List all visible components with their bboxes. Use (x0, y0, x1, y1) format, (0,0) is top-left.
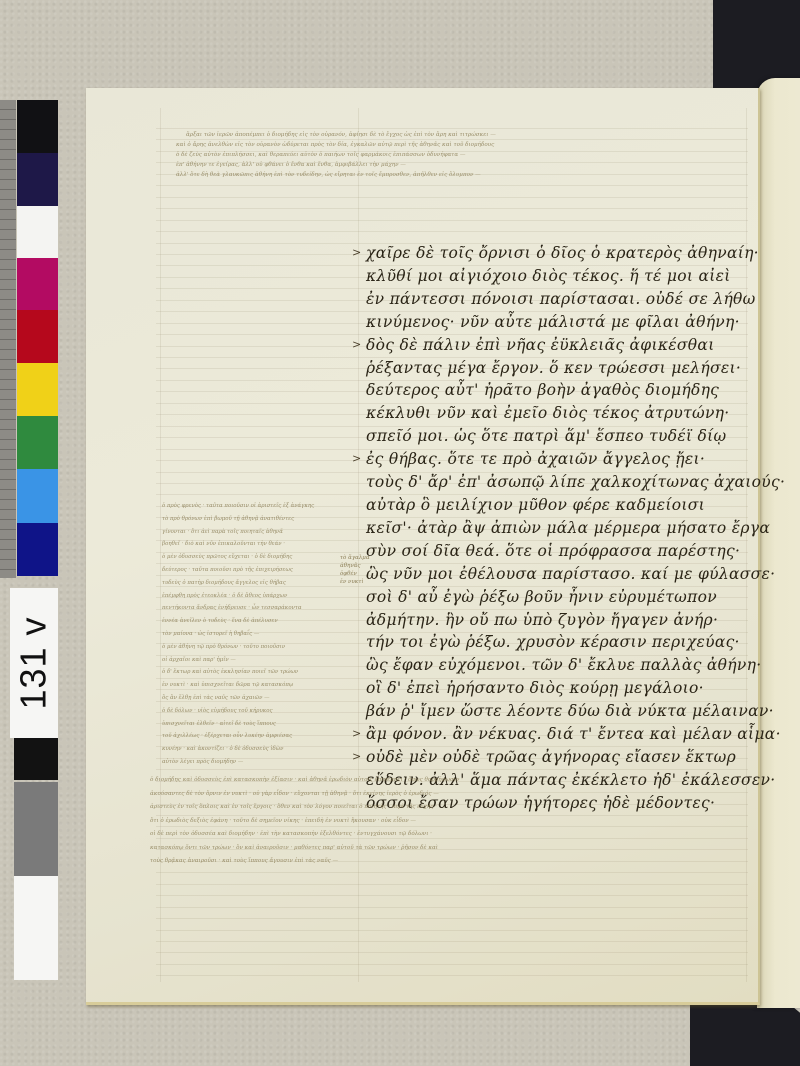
folio-number-text: 131 v (13, 616, 55, 709)
top-scholia: ἄρξαι τῶν ἱερῶν ἀποπέμπει ὁ διομήδης εἰς… (176, 130, 751, 180)
scholia-line: τοὺς θρᾷκας ἀναιροῦσι · καὶ τοὺς ἵππους … (150, 855, 750, 869)
text-line: κινύμενος· νῦν αὖτε μάλιστά με φῖλαι ἀθή… (366, 311, 761, 334)
scholia-line: τὸν μαίονα · ὡς ἱστορεῖ ἡ θηβαΐς — (162, 628, 334, 641)
text-line: κλῦθί μοι αἰγιόχοιο διὸς τέκος. ἥ τέ μοι… (366, 265, 761, 288)
scholia-line: βοηθεῖ · διὸ καὶ νῦν ἐπικαλοῦνται τὴν θε… (162, 538, 334, 551)
text-line: ἀδμήτην. ἣν οὔ πω ὑπὸ ζυγὸν ἤγαγεν ἀνήρ· (366, 609, 761, 632)
diple-marker: > (352, 746, 362, 769)
ruling-line (156, 197, 748, 198)
scholia-line: οἱ ἀρχαῖοι καὶ παρ' ἡμῖν — (162, 654, 334, 667)
ruler-scale (0, 100, 16, 578)
text-line: >ἐς θήβας. ὅτε τε πρὸ ἀχαιῶν ἄγγελος ᾔει… (366, 448, 761, 471)
ruling-line (156, 941, 748, 942)
scholia-line: δεύτερος · ταῦτα ποιοῦσι πρὸ τῆς ἐπιχειρ… (162, 564, 334, 577)
text-line: σοὶ δ' αὖ ἐγὼ ῥέξω βοῦν ἦνιν εὐρυμέτωπον (366, 586, 761, 609)
scholia-line: αὐτὸν λέγει πρὸς διομήδην — (162, 756, 334, 769)
text-line: βάν ῥ' ἴμεν ὥστε λέοντε δύω διὰ νύκτα μέ… (366, 700, 761, 723)
scholia-line: ἐπ' ἀθήνην τε ἐγείρας, ἀλλ' οὐ φθάνει ὁ … (176, 160, 751, 170)
diple-marker: > (352, 334, 362, 357)
scholia-line: γίνονται · ὅτι ἀεὶ παρὰ τοῖς ποιηταῖς ἀθ… (162, 526, 334, 539)
scholia-line: τυδεὺς ὁ πατὴρ διομήδους ἄγγελος εἰς θήβ… (162, 577, 334, 590)
swatch-gray (14, 782, 58, 876)
swatch-red (17, 310, 58, 363)
scholia-line: τὸ πρὸ θρόνων ἐπὶ βωμοῦ τῇ ἀθηνᾷ ἀνατιθέ… (162, 513, 334, 526)
scholia-line: καὶ ὁ ἄρης ἀνελθὼν εἰς τὸν οὐρανὸν ὠδύρε… (176, 140, 751, 150)
ruling-line (156, 128, 748, 129)
swatch-white-2 (14, 876, 58, 980)
text-line: ῥέξαντας μέγα ἔργον. ὅ κεν τρώεσσι μελήσ… (366, 357, 761, 380)
scholia-line: κυνέην · καὶ ἀκοντίζει · ὁ δὲ ὀδυσσεὺς ἰ… (162, 743, 334, 756)
text-line: δεύτερος αὖτ' ἠρᾶτο βοὴν ἀγαθὸς διομήδης (366, 379, 761, 402)
text-line: τοὺς δ' ἄρ' ἐπ' ἀσωπῷ λίπε χαλκοχίτωνας … (366, 471, 761, 494)
swatch-green (17, 416, 58, 469)
swatch-white (17, 206, 58, 258)
scholia-line: ἄρξαι τῶν ἱερῶν ἀποπέμπει ὁ διομήδης εἰς… (176, 130, 751, 140)
text-line: τήν τοι ἐγὼ ῥέξω. χρυσὸν κέρασιν περιχεύ… (366, 631, 761, 654)
manuscript-folio: ἄρξαι τῶν ἱερῶν ἀποπέμπει ὁ διομήδης εἰς… (86, 88, 760, 1005)
folio-number-label: 131 v (10, 588, 58, 738)
scholia-line: τοῦ ἀχιλλέως · ἐξέρχεται οὖν λυκέην ἀμφι… (162, 730, 334, 743)
text-line: >δὸς δὲ πάλιν ἐπὶ νῆας ἐϋκλειᾶς ἀφικέσθα… (366, 334, 761, 357)
text-line: >χαῖρε δὲ τοῖς ὄρνισι ὁ δῖος ὁ κρατερὸς … (366, 242, 761, 265)
text-line: ἐν πάντεσσι πόνοισι παρίστασαι. οὐδέ σε … (366, 288, 761, 311)
left-scholia: ὁ πρὸς φρενὸς · ταῦτα ποιοῦσιν οἱ ἀριστε… (162, 500, 334, 769)
ruling-line (156, 220, 748, 221)
ruling-line (156, 952, 748, 953)
ruling-line (156, 918, 748, 919)
text-line: ὣς νῦν μοι ἐθέλουσα παρίστασο. καί με φύ… (366, 563, 761, 586)
scholia-line: ὁ δ' ἕκτωρ καὶ αὐτὸς ἐκκλησίαν ποιεῖ τῶν… (162, 666, 334, 679)
diple-marker: > (352, 242, 362, 265)
ruling-line (156, 208, 748, 209)
scholia-line: ὃς ἂν ἔλθῃ ἐπὶ τὰς ναῦς τῶν ἀχαιῶν — (162, 692, 334, 705)
ruling-line (156, 930, 748, 931)
main-text-block: >χαῖρε δὲ τοῖς ὄρνισι ὁ δῖος ὁ κρατερὸς … (366, 242, 761, 815)
ruling-line (156, 884, 748, 885)
scholia-line: ἀριστεὺς ἐν τοῖς ὅπλοις καὶ ἐν τοῖς ἔργο… (150, 801, 750, 815)
ruling-line (156, 975, 748, 976)
ruling-line (156, 231, 748, 232)
scholia-line: κατασκόπῳ ὄντι τῶν τρώων · ὃν καὶ ἀναιρο… (150, 842, 750, 856)
scholia-line: ὅτι ὁ ἐρωδιὸς δεξιὸς ἐφάνη · τοῦτο δὲ ση… (150, 815, 750, 829)
swatch-yellow (17, 363, 58, 416)
swatch-blue (17, 523, 58, 576)
color-calibration-strip: 131 v (0, 100, 60, 980)
scholia-line: ὁ διομήδης καὶ ὀδυσσεὺς ἐπὶ κατασκοπὴν ἐ… (150, 774, 750, 788)
swatch-dark-violet (17, 153, 58, 206)
text-line: κεῖσ'· ἀτὰρ ἂψ ἀπιὼν μάλα μέρμερα μήσατο… (366, 517, 761, 540)
interlinear-side-note: τὸ ἄγαλμα ἀθηνᾶς ὀφθέν ἐν νυκτὶ (340, 554, 370, 586)
scholia-line: ἐννέα ἀνεῖλεν ὁ τυδεὺς · ἕνα δὲ ἀπέλυσεν (162, 615, 334, 628)
scholia-line: ὑπισχνεῖται ἐλθεῖν · αἰτεῖ δὲ τοὺς ἵππου… (162, 718, 334, 731)
ruling-line (156, 185, 748, 186)
diple-marker: > (352, 448, 362, 471)
ruling-line (156, 872, 748, 873)
text-line: >ἂμ φόνον. ἂν νέκυας. διά τ' ἔντεα καὶ μ… (366, 723, 761, 746)
swatch-black-2 (14, 738, 58, 780)
scholia-line: ἀλλ' ὅτε δὴ θεὰ γλαυκῶπις ἀθήνη ἐπὶ τὸν … (176, 170, 751, 180)
swatch-cyan-blue (17, 469, 58, 523)
ruling-line (156, 907, 748, 908)
text-line: οἳ δ' ἐπεὶ ἠρήσαντο διὸς κούρῃ μεγάλοιο· (366, 677, 761, 700)
scholia-line: ὁ μὲν ἀθήνη τῷ πρὸ θρόνων · τοῦτο ποιοῦσ… (162, 641, 334, 654)
adjacent-leaf (757, 78, 800, 1008)
text-line: σὺν σοί δῖα θεά. ὅτε οἱ πρόφρασσα παρέστ… (366, 540, 761, 563)
scholia-line: ὁ δὲ δόλων · υἱὸς εὐμήδους τοῦ κήρυκος (162, 705, 334, 718)
scholia-line: ἐπέμφθη πρὸς ἐτεοκλέα · ὁ δὲ ἄθεος ὑπάρχ… (162, 590, 334, 603)
swatch-black (17, 100, 58, 153)
ruling-line (156, 895, 748, 896)
bottom-scholia: ὁ διομήδης καὶ ὀδυσσεὺς ἐπὶ κατασκοπὴν ἐ… (150, 774, 750, 869)
text-line: σπεῖό μοι. ὡς ὅτε πατρὶ ἅμ' ἕσπεο τυδέϊ … (366, 425, 761, 448)
swatch-magenta (17, 258, 58, 310)
scholia-line: ἀκούσαντες δὲ τὸν ὄρνιν ἐν νυκτὶ · οὐ γὰ… (150, 788, 750, 802)
scholia-line: ὁ μὲν ὀδυσσεὺς πρῶτος εὔχεται · ὁ δὲ διο… (162, 551, 334, 564)
text-line: αὐτὰρ ὃ μειλίχιον μῦθον φέρε καδμείοισι (366, 494, 761, 517)
scholia-line: οἱ δὲ περὶ τὸν ὀδυσσέα καὶ διομήδην · ἐπ… (150, 828, 750, 842)
scholia-line: ὁ δὲ ζεὺς αὐτὸν ἐπιπλήσσει, καὶ θεραπεύε… (176, 150, 751, 160)
ruling-line (156, 964, 748, 965)
scholia-line: ἐν νυκτὶ · καὶ ὑπισχνεῖται δῶρα τῷ κατασ… (162, 679, 334, 692)
text-line: κέκλυθι νῦν καὶ ἐμεῖο διὸς τέκος ἀτρυτών… (366, 402, 761, 425)
diple-marker: > (352, 723, 362, 746)
scholia-line: πεντήκοντα ἄνδρας ἐνήδρευσε · ὧν τεσσαρά… (162, 602, 334, 615)
scholia-line: ὁ πρὸς φρενὸς · ταῦτα ποιοῦσιν οἱ ἀριστε… (162, 500, 334, 513)
text-line: >οὐδὲ μὲν οὐδὲ τρῶας ἀγήνορας εἴασεν ἕκτ… (366, 746, 761, 769)
text-line: ὣς ἔφαν εὐχόμενοι. τῶν δ' ἔκλυε παλλὰς ἀ… (366, 654, 761, 677)
